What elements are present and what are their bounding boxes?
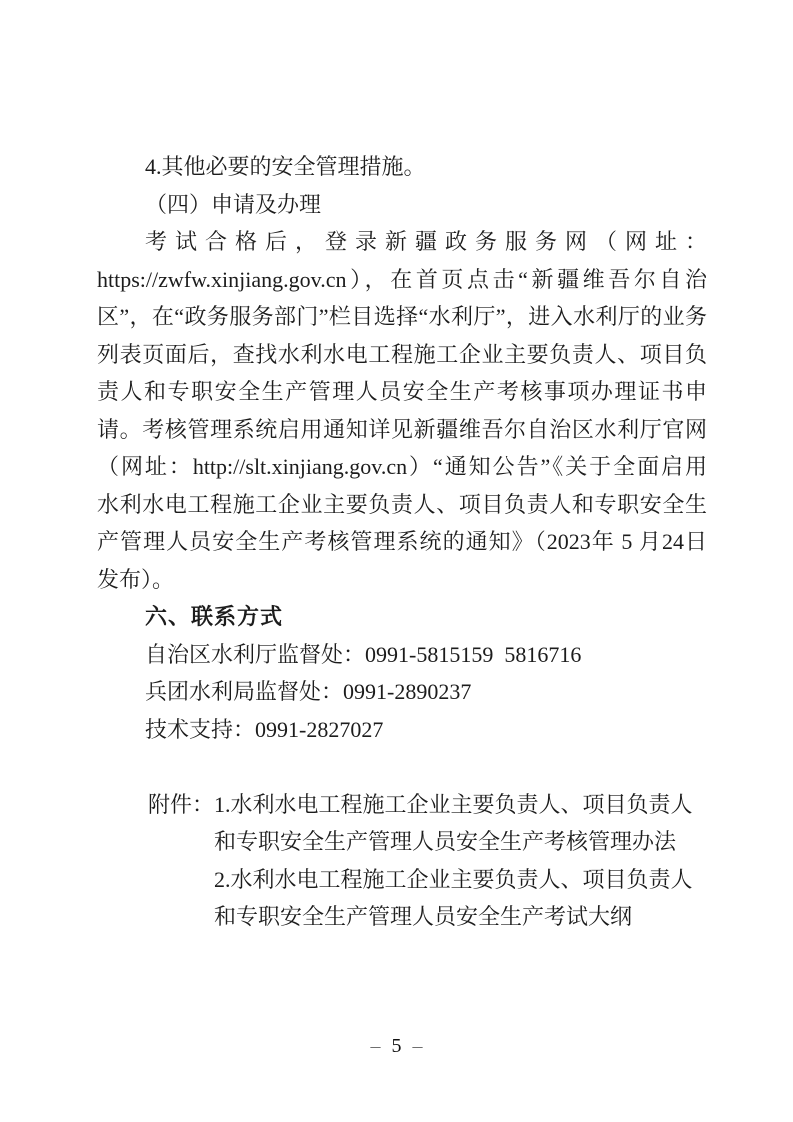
document-page: 4.其他必要的安全管理措施。 （四）申请及办理 考试合格后，登录新疆政务服务网（… — [0, 0, 793, 1122]
paragraph-line: 请。考核管理系统启用通知详见新疆维吾尔自治区水利厅官网 — [97, 411, 707, 449]
paragraph-line: 产管理人员安全生产考核管理系统的通知》（2023年 5 月24日 — [97, 523, 707, 561]
paragraph-line: 列表页面后，查找水利水电工程施工企业主要负责人、项目负 — [97, 336, 707, 374]
attachment-line: 2.水利水电工程施工企业主要负责人、项目负责人 — [214, 861, 707, 899]
section-heading-contact: 六、联系方式 — [97, 598, 707, 636]
paragraph-line: 责人和专职安全生产管理人员安全生产考核事项办理证书申 — [97, 373, 707, 411]
contact-line-bingtuan: 兵团水利局监督处：0991-2890237 — [97, 673, 707, 711]
list-item-other-measures: 4.其他必要的安全管理措施。 — [97, 148, 707, 186]
attachment-line: 和专职安全生产管理人员安全生产考试大纲 — [214, 898, 707, 936]
paragraph-line: 区”，在“政务服务部门”栏目选择“水利厅”，进入水利厅的业务 — [97, 298, 707, 336]
attachment-line: 和专职安全生产管理人员安全生产考核管理办法 — [214, 823, 707, 861]
footer-dash-left: – — [371, 1035, 381, 1057]
footer-dash-right: – — [413, 1035, 423, 1057]
contact-line-water-dept: 自治区水利厅监督处：0991-5815159 5816716 — [97, 636, 707, 674]
subsection-heading-application: （四）申请及办理 — [97, 186, 707, 224]
paragraph-closing-line: 发布）。 — [97, 561, 707, 599]
attachment-list: 1.水利水电工程施工企业主要负责人、项目负责人 和专职安全生产管理人员安全生产考… — [214, 786, 707, 936]
paragraph-line: （网址：http://slt.xinjiang.gov.cn）“通知公告”《关于… — [97, 448, 707, 486]
attachment-label: 附件： — [148, 786, 214, 824]
attachment-line: 1.水利水电工程施工企业主要负责人、项目负责人 — [214, 786, 707, 824]
paragraph-line: https://zwfw.xinjiang.gov.cn），在首页点击“新疆维吾… — [97, 261, 707, 299]
blank-line — [97, 748, 707, 786]
contact-line-tech-support: 技术支持：0991-2827027 — [97, 711, 707, 749]
page-footer: –5– — [0, 1032, 793, 1060]
document-body: 4.其他必要的安全管理措施。 （四）申请及办理 考试合格后，登录新疆政务服务网（… — [97, 148, 707, 936]
paragraph-line: 水利水电工程施工企业主要负责人、项目负责人和专职安全生 — [97, 486, 707, 524]
attachment-block: 附件： 1.水利水电工程施工企业主要负责人、项目负责人 和专职安全生产管理人员安… — [148, 786, 707, 936]
page-number: 5 — [392, 1035, 402, 1057]
paragraph-line: 考试合格后，登录新疆政务服务网（网址： — [97, 223, 707, 261]
